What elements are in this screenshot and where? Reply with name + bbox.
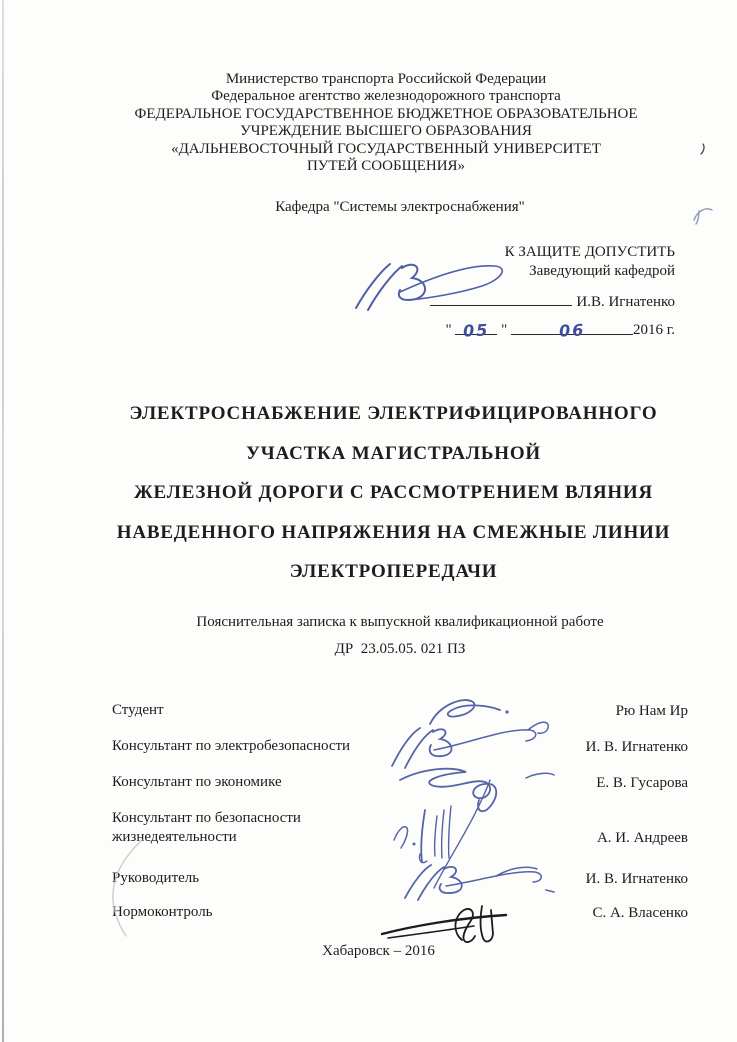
role-label: Руководитель xyxy=(112,869,199,888)
signatory-name: И. В. Игнатенко xyxy=(586,871,688,888)
quote-close: " xyxy=(501,322,507,338)
title-line-3: ЖЕЛЕЗНОЙ ДОРОГИ С РАССМОТРЕНИЕМ ВЛЯНИЯ xyxy=(70,473,717,513)
subtitle-note: Пояснительная записка к выпускной квалиф… xyxy=(88,609,712,636)
header-line-institution: УЧРЕЖДЕНИЕ ВЫСШЕГО ОБРАЗОВАНИЯ xyxy=(60,123,712,140)
header-line-university: «ДАЛЬНЕВОСТОЧНЫЙ ГОСУДАРСТВЕННЫЙ УНИВЕРС… xyxy=(60,141,712,158)
role-label: Консультант по электробезопасности xyxy=(112,737,350,756)
approval-block: К ЗАЩИТЕ ДОПУСТИТЬ Заведующий кафедрой И… xyxy=(430,243,675,340)
header-line-federal: ФЕДЕРАЛЬНОЕ ГОСУДАРСТВЕННОЕ БЮДЖЕТНОЕ ОБ… xyxy=(60,106,712,123)
approval-role: Заведующий кафедрой xyxy=(430,262,675,281)
signatory-row: Студент Рю Нам Ир xyxy=(112,701,688,720)
header-line-university2: ПУТЕЙ СООБЩЕНИЯ» xyxy=(60,158,712,175)
signature-line xyxy=(430,292,572,306)
city-year-line: Хабаровск – 2016 xyxy=(60,943,697,960)
institution-header: Министерство транспорта Российской Федер… xyxy=(60,71,712,175)
handwritten-day: 05 xyxy=(463,320,490,340)
scanned-title-page: Министерство транспорта Российской Федер… xyxy=(0,0,737,1042)
document-code: ДР 23.05.05. 021 ПЗ xyxy=(88,636,712,663)
month-blank: 06 xyxy=(511,319,633,335)
header-line-ministry: Министерство транспорта Российской Федер… xyxy=(60,71,712,88)
title-line-4: НАВЕДЕННОГО НАПРЯЖЕНИЯ НА СМЕЖНЫЕ ЛИНИИ xyxy=(70,513,717,553)
signatory-name: А. И. Андреев xyxy=(597,830,688,847)
department-line: Кафедра "Системы электроснабжения" xyxy=(88,199,712,216)
title-line-2: УЧАСТКА МАГИСТРАЛЬНОЙ xyxy=(70,434,717,474)
signatory-name: С. А. Власенко xyxy=(592,905,688,922)
signatory-name: Рю Нам Ир xyxy=(616,703,688,720)
approval-date-row: " 05 " 062016 г. xyxy=(430,319,675,340)
day-blank: 05 xyxy=(455,319,497,335)
signatory-row: Нормоконтроль С. А. Власенко xyxy=(112,903,688,922)
year-suffix: 2016 г. xyxy=(633,322,675,338)
role-label: Консультант по безопасности жизнедеятель… xyxy=(112,809,412,847)
header-line-agency: Федеральное агентство железнодорожного т… xyxy=(60,88,712,105)
quote-open: " xyxy=(446,322,452,338)
role-label: Консультант по экономике xyxy=(112,773,282,792)
approval-signature-row: И.В. Игнатенко xyxy=(430,292,675,312)
approval-name: И.В. Игнатенко xyxy=(576,294,675,310)
signatories-list: Студент Рю Нам Ир Консультант по электро… xyxy=(112,701,688,939)
subtitle-block: Пояснительная записка к выпускной квалиф… xyxy=(88,609,712,663)
signatory-row: Консультант по безопасности жизнедеятель… xyxy=(112,809,688,847)
title-line-1: ЭЛЕКТРОСНАБЖЕНИЕ ЭЛЕКТРИФИЦИРОВАННОГО xyxy=(70,394,717,434)
signatory-row: Руководитель И. В. Игнатенко xyxy=(112,869,688,888)
approval-heading: К ЗАЩИТЕ ДОПУСТИТЬ xyxy=(430,243,675,262)
role-label: Студент xyxy=(112,701,164,720)
signatory-name: И. В. Игнатенко xyxy=(586,739,688,756)
title-line-5: ЭЛЕКТРОПЕРЕДАЧИ xyxy=(70,552,717,592)
scan-edge-shadow xyxy=(2,0,4,1042)
signatory-row: Консультант по электробезопасности И. В.… xyxy=(112,737,688,756)
handwritten-month: 06 xyxy=(559,320,586,340)
role-label: Нормоконтроль xyxy=(112,903,213,922)
thesis-title: ЭЛЕКТРОСНАБЖЕНИЕ ЭЛЕКТРИФИЦИРОВАННОГО УЧ… xyxy=(70,394,717,592)
signatory-row: Консультант по экономике Е. В. Гусарова xyxy=(112,773,688,792)
signatory-name: Е. В. Гусарова xyxy=(596,775,688,792)
